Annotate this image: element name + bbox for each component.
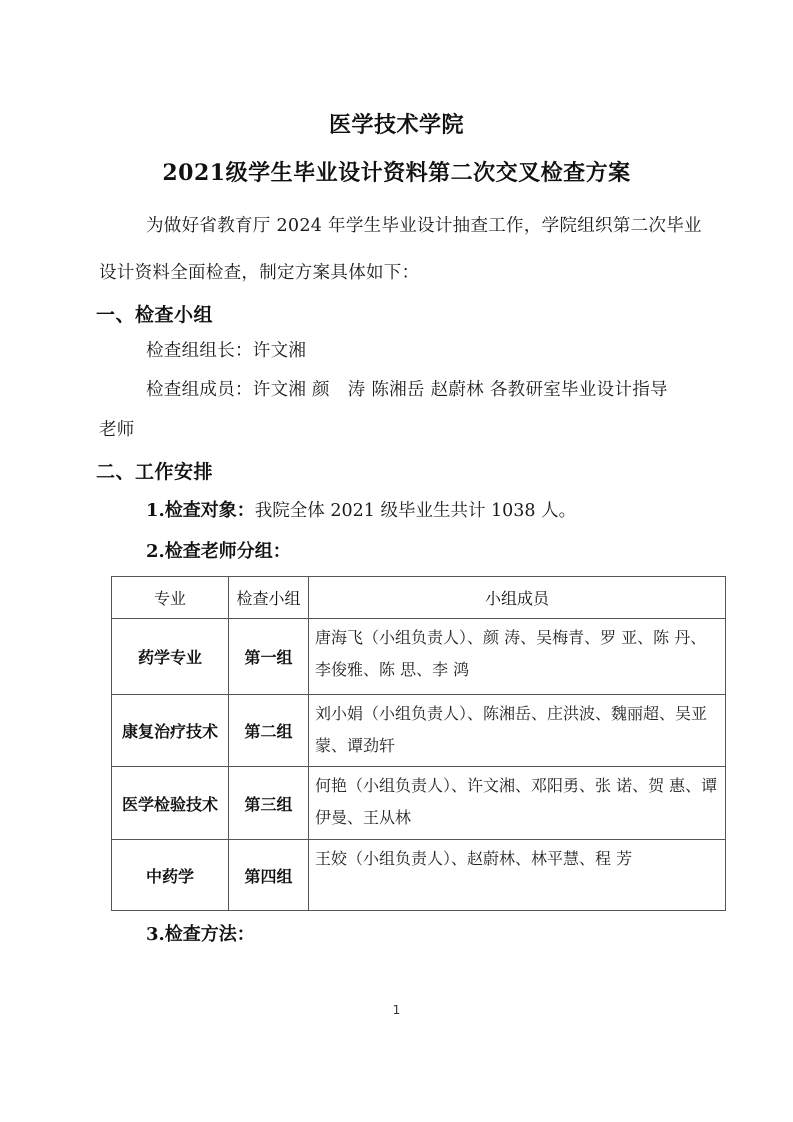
table-cell-group: 第二组 xyxy=(229,695,309,767)
table-cell-members: 唐海飞（小组负责人）、颜 涛、吴梅青、罗 亚、陈 丹、李俊雅、陈 思、李 鸿 xyxy=(309,619,726,695)
table-row: 康复治疗技术 第二组 刘小娟（小组负责人）、陈湘岳、庄洪波、魏丽超、吴亚蒙、谭劲… xyxy=(112,695,726,767)
document-page: 医学技术学院 2021级学生毕业设计资料第二次交叉检查方案 为做好省教育厅 20… xyxy=(0,0,793,1122)
page-number: 1 xyxy=(0,1003,793,1017)
item-inspection-target: 1.检查对象：我院全体 2021 级毕业生共计 1038 人。 xyxy=(146,496,576,522)
item-inspection-target-label: 1.检查对象： xyxy=(146,500,255,521)
document-title-institution: 医学技术学院 xyxy=(0,108,793,139)
document-title-plan: 2021级学生毕业设计资料第二次交叉检查方案 xyxy=(0,156,793,187)
table-row: 中药学 第四组 王姣（小组负责人）、赵蔚林、林平慧、程 芳 xyxy=(112,840,726,911)
table-row: 医学检验技术 第三组 何艳（小组负责人）、许文湘、邓阳勇、张 诺、贺 惠、谭伊曼… xyxy=(112,767,726,840)
table-cell-major: 康复治疗技术 xyxy=(112,695,229,767)
table-cell-major: 药学专业 xyxy=(112,619,229,695)
table-cell-group: 第一组 xyxy=(229,619,309,695)
table-header-members: 小组成员 xyxy=(309,577,726,619)
table-cell-group: 第四组 xyxy=(229,840,309,911)
table-header-row: 专业 检查小组 小组成员 xyxy=(112,577,726,619)
team-members-line1: 检查组成员：许文湘 颜 涛 陈湘岳 赵蔚林 各教研室毕业设计指导 xyxy=(146,376,668,401)
section-heading-work-arrangement: 二、工作安排 xyxy=(96,457,213,484)
table-row: 药学专业 第一组 唐海飞（小组负责人）、颜 涛、吴梅青、罗 亚、陈 丹、李俊雅、… xyxy=(112,619,726,695)
team-members-line2: 老师 xyxy=(99,416,135,441)
intro-paragraph-line1: 为做好省教育厅 2024 年学生毕业设计抽查工作，学院组织第二次毕业 xyxy=(146,212,702,237)
item-teacher-grouping-label: 2.检查老师分组： xyxy=(146,537,291,563)
intro-paragraph-line2: 设计资料全面检查，制定方案具体如下： xyxy=(99,259,419,284)
table-cell-members: 王姣（小组负责人）、赵蔚林、林平慧、程 芳 xyxy=(309,840,726,911)
item-inspection-method-label: 3.检查方法： xyxy=(146,920,255,946)
section-heading-inspection-team: 一、检查小组 xyxy=(96,300,213,327)
table-cell-members: 何艳（小组负责人）、许文湘、邓阳勇、张 诺、贺 惠、谭伊曼、王从林 xyxy=(309,767,726,840)
table-cell-major: 医学检验技术 xyxy=(112,767,229,840)
table-header-group: 检查小组 xyxy=(229,577,309,619)
table-cell-major: 中药学 xyxy=(112,840,229,911)
item-inspection-target-text: 我院全体 2021 级毕业生共计 1038 人。 xyxy=(255,501,576,521)
table-cell-members: 刘小娟（小组负责人）、陈湘岳、庄洪波、魏丽超、吴亚蒙、谭劲轩 xyxy=(309,695,726,767)
team-leader-line: 检查组组长：许文湘 xyxy=(146,337,306,362)
table-header-major: 专业 xyxy=(112,577,229,619)
table-cell-group: 第三组 xyxy=(229,767,309,840)
teacher-grouping-table: 专业 检查小组 小组成员 药学专业 第一组 唐海飞（小组负责人）、颜 涛、吴梅青… xyxy=(111,576,726,911)
